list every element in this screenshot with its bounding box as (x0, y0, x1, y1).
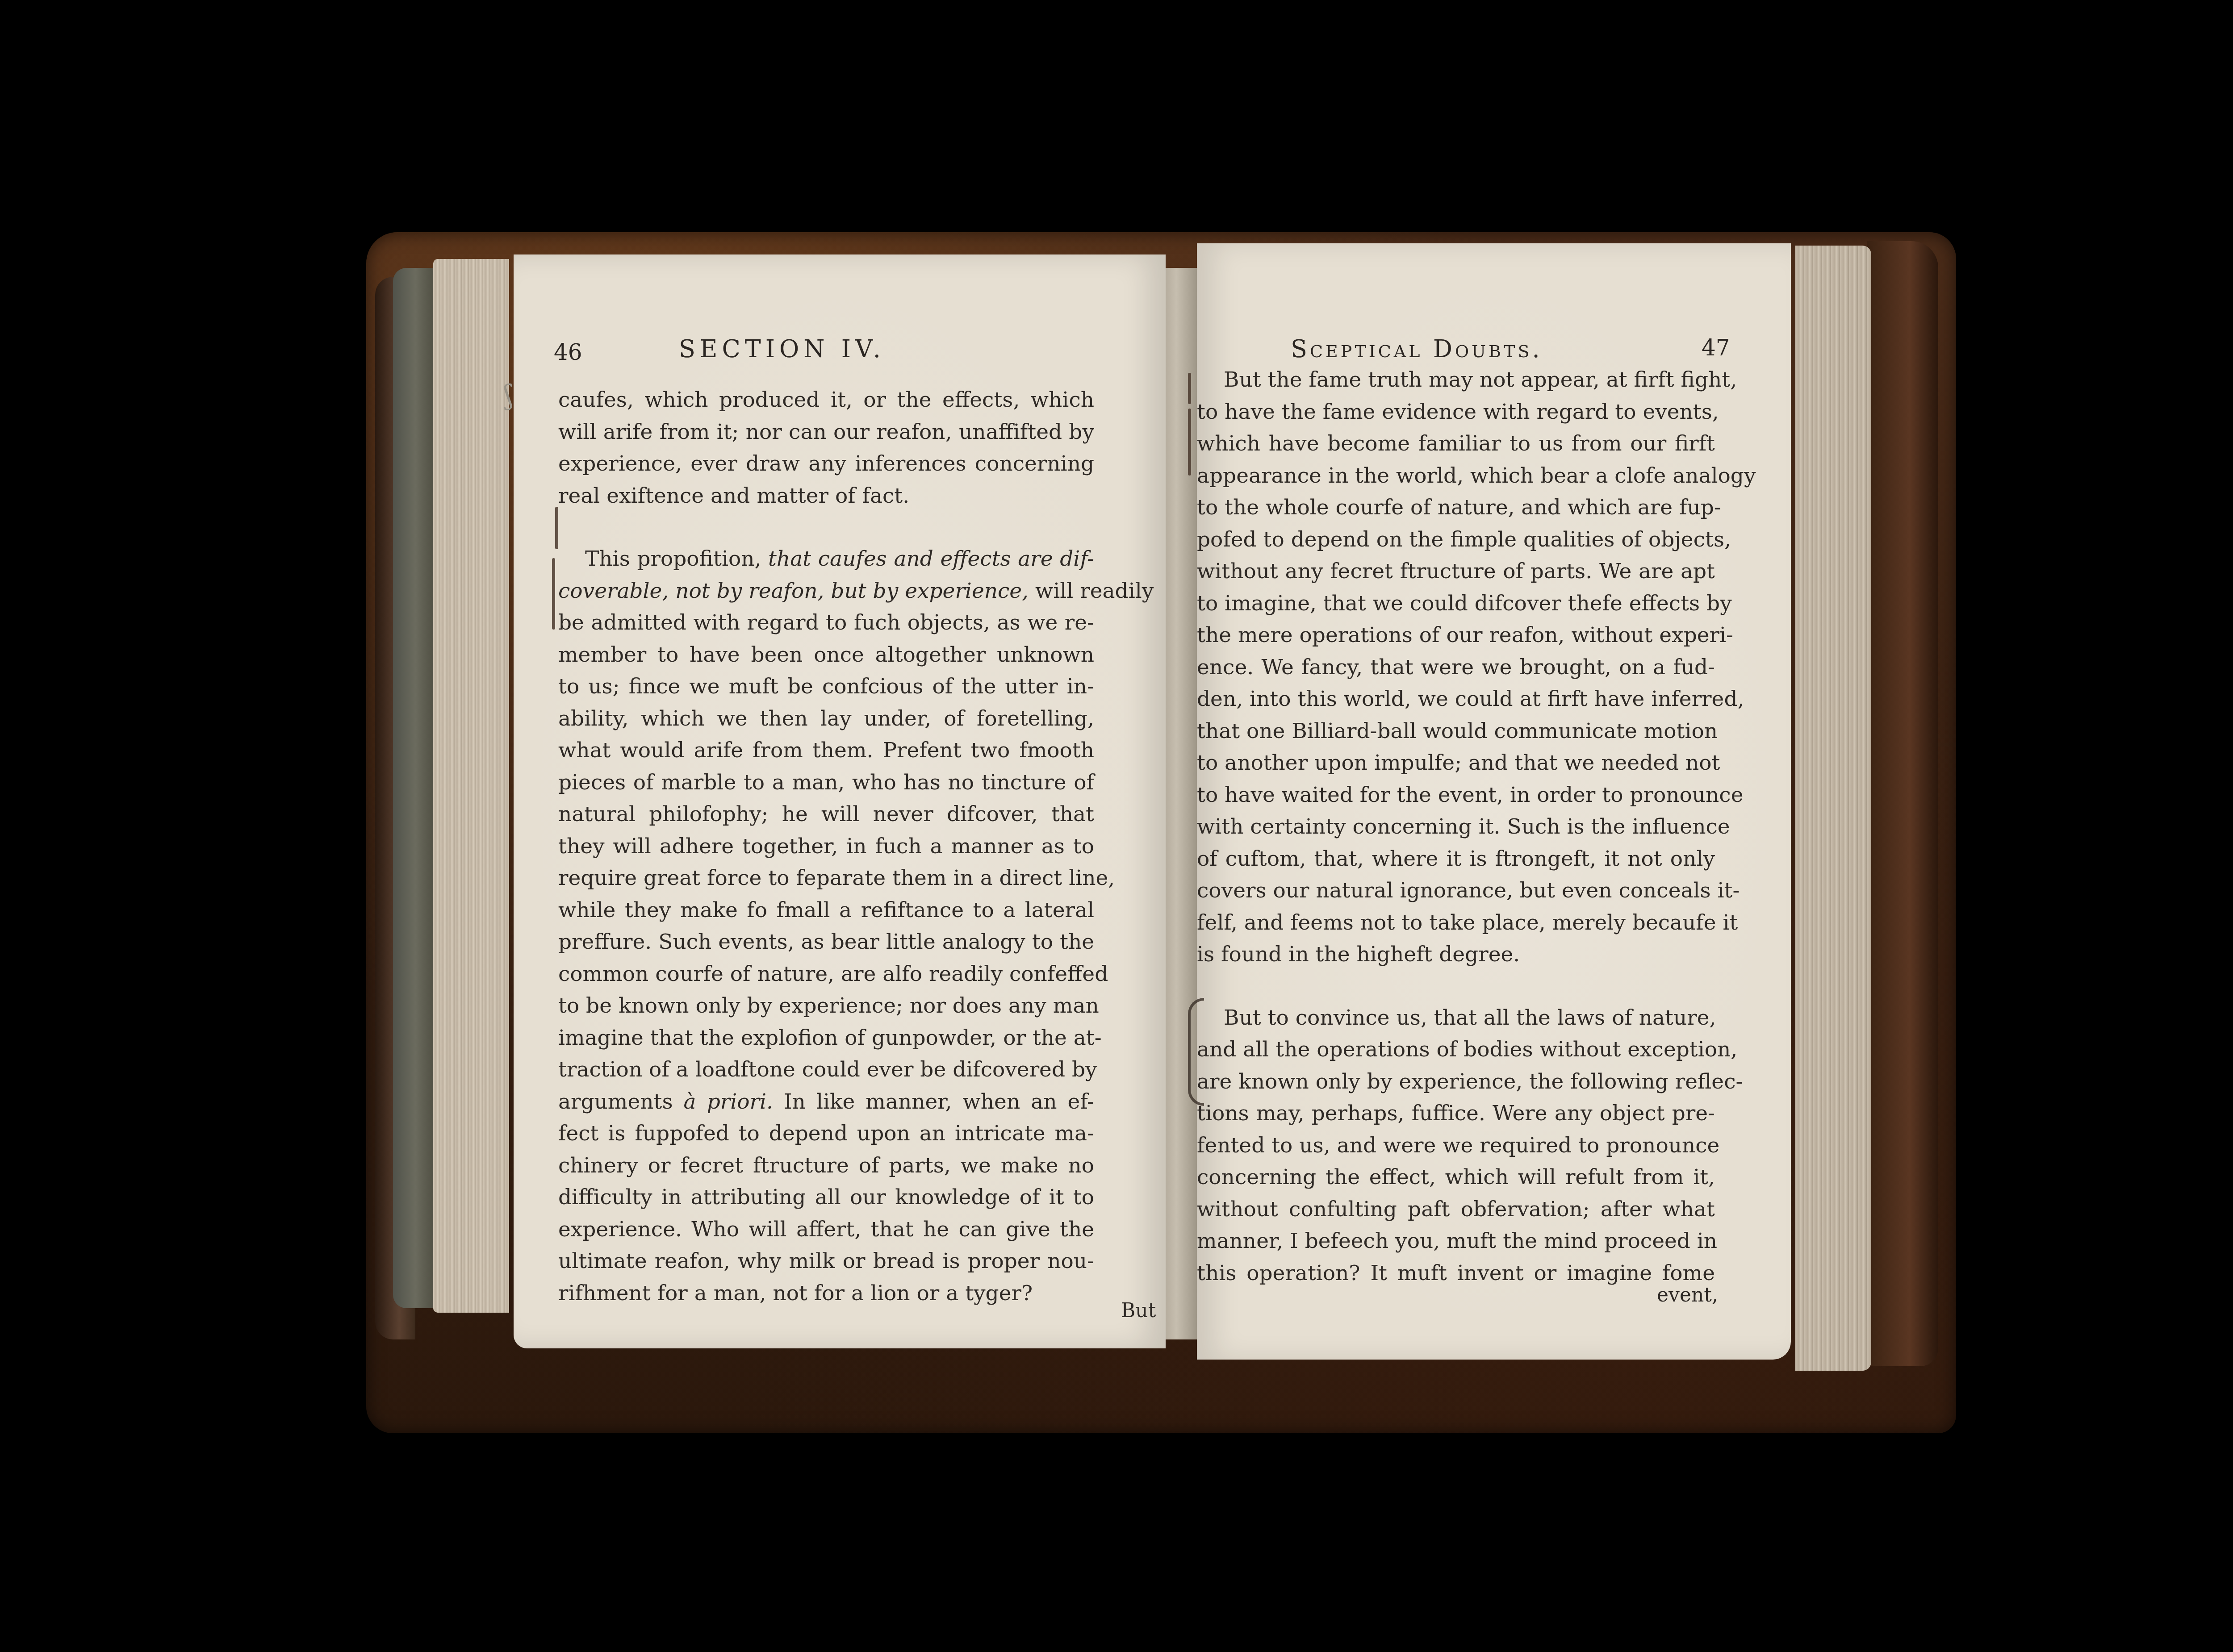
cover-edge-right (1867, 241, 1938, 1366)
text-line: to be known only by experience; nor does… (558, 990, 1094, 1022)
pencil-margin-line (555, 507, 558, 549)
text-line: to the whole courfe of nature, and which… (1197, 492, 1715, 524)
page-number-left: 46 (554, 339, 582, 365)
text-line: common courfe of nature, are alfo readil… (558, 958, 1094, 990)
text-line: experience, ever draw any inferences con… (558, 448, 1094, 480)
text-line: felf, and feems not to take place, merel… (1197, 907, 1715, 939)
catchword-left: But (1121, 1299, 1156, 1322)
text-line: without confulting paft obfervation; aft… (1197, 1193, 1715, 1226)
italic-phrase: à priori. (684, 1089, 773, 1114)
text-line: imagine that the explofion of gunpowder,… (558, 1022, 1094, 1054)
page-stack-left (433, 259, 509, 1313)
text-line: caufes, which produced it, or the effect… (558, 384, 1094, 416)
text-line: this operation? It muft invent or imagin… (1197, 1257, 1715, 1289)
text-line: experience. Who will affert, that he can… (558, 1214, 1094, 1246)
italic-phrase: coverable, not by reafon, but by experie… (558, 579, 1029, 603)
text-line: fented to us, and were we required to pr… (1197, 1130, 1715, 1162)
text-line: ability, which we then lay under, of for… (558, 703, 1094, 735)
catchword-right: event, (1657, 1284, 1718, 1306)
text-line: they will adhere together, in fuch a man… (558, 830, 1094, 863)
text-line: and all the operations of bodies without… (1197, 1034, 1715, 1066)
text-line: is found in the higheft degree. (1197, 939, 1715, 971)
marbled-board-left (393, 268, 438, 1308)
text-line: traction of a loadftone could ever be di… (558, 1054, 1094, 1086)
pencil-margin-line (552, 558, 555, 630)
text-line: ence. We fancy, that were we brought, on… (1197, 651, 1715, 684)
pencil-margin-line (1188, 409, 1191, 476)
text-line: manner, I befeech you, muft the mind pro… (1197, 1225, 1715, 1257)
text-line: fect is fuppofed to depend upon an intri… (558, 1118, 1094, 1150)
page-stack-right (1795, 246, 1871, 1371)
text-line: of cuftom, that, where it is ftrongeft, … (1197, 843, 1715, 875)
text-line: rifhment for a man, not for a lion or a … (558, 1277, 1094, 1310)
text-line: den, into this world, we could at firft … (1197, 683, 1715, 715)
text-line: require great force to feparate them in … (558, 862, 1094, 894)
text-line: pofed to depend on the fimple qualities … (1197, 524, 1715, 556)
text-line: will arife from it; nor can our reafon, … (558, 416, 1094, 448)
right-page: Sceptical Doubts. 47 But the fame truth … (1197, 243, 1791, 1360)
text-line: coverable, not by reafon, but by experie… (558, 575, 1094, 607)
text-line: natural philofophy; he will never difcov… (558, 798, 1094, 830)
text-line: concerning the effect, which will refult… (1197, 1161, 1715, 1193)
text-line: to have waited for the event, in order t… (1197, 779, 1715, 811)
text-line: to us; fince we muft be confcious of the… (558, 671, 1094, 703)
text-line: This propofition, that caufes and effect… (558, 543, 1094, 575)
text-line: while they make fo fmall a refiftance to… (558, 894, 1094, 926)
text-line: But the fame truth may not appear, at fi… (1197, 364, 1715, 396)
text-line: to another upon impulfe; and that we nee… (1197, 747, 1715, 779)
text-line: which have become familiar to us from ou… (1197, 428, 1715, 460)
text-line: to imagine, that we could difcover thefe… (1197, 588, 1715, 620)
text-line: ultimate reafon, why milk or bread is pr… (558, 1245, 1094, 1277)
right-page-text: But the fame truth may not appear, at fi… (1197, 364, 1715, 1289)
text-line: real exiftence and matter of fact. (558, 480, 1094, 512)
text-line: pieces of marble to a man, who has no ti… (558, 767, 1094, 799)
text-line: appearance in the world, which bear a cl… (1197, 460, 1715, 492)
text-line: to have the fame evidence with regard to… (1197, 396, 1715, 428)
text-line: difficulty in attributing all our knowle… (558, 1181, 1094, 1214)
text-line: the mere operations of our reafon, witho… (1197, 619, 1715, 651)
text-line: member to have been once altogether unkn… (558, 639, 1094, 671)
text-line: what would arife from them. Prefent two … (558, 734, 1094, 767)
text-line: covers our natural ignorance, but even c… (1197, 875, 1715, 907)
running-head-right: Sceptical Doubts. (1291, 335, 1543, 363)
pencil-margin-line (1188, 373, 1191, 404)
page-number-right: 47 (1702, 335, 1730, 361)
text-line: preffure. Such events, as bear little an… (558, 926, 1094, 958)
open-book: 46 SECTION IV. ʃ caufes, which produced … (366, 223, 1956, 1433)
text-line: arguments à priori. In like manner, when… (558, 1086, 1094, 1118)
text-line: without any fecret ftructure of parts. W… (1197, 555, 1715, 588)
text-line: be admitted with regard to fuch objects,… (558, 607, 1094, 639)
text-line: But to convince us, that all the laws of… (1197, 1002, 1715, 1034)
italic-phrase: that caufes and effects are dif- (768, 546, 1094, 571)
text-line: are known only by experience, the follow… (1197, 1066, 1715, 1098)
text-line: that one Billiard-ball would communicate… (1197, 715, 1715, 747)
left-page: 46 SECTION IV. ʃ caufes, which produced … (514, 254, 1166, 1348)
text-line: with certainty concerning it. Such is th… (1197, 811, 1715, 843)
text-line: tions may, perhaps, fuffice. Were any ob… (1197, 1097, 1715, 1130)
running-head-left: SECTION IV. (679, 335, 885, 363)
left-page-text: caufes, which produced it, or the effect… (558, 384, 1094, 1309)
text-line: chinery or fecret ftructure of parts, we… (558, 1150, 1094, 1182)
